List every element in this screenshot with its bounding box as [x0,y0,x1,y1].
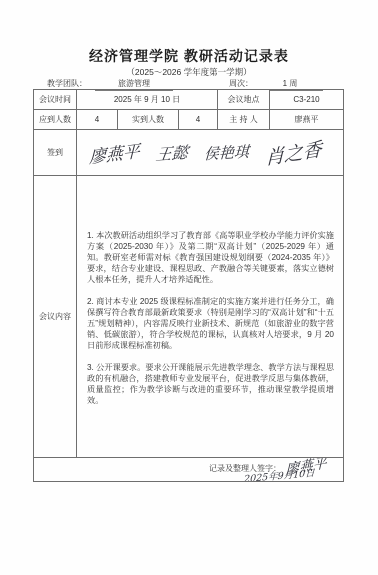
signature-4: 肖之香 [265,134,322,170]
table-row: 签到 廖燕平 王懿 侯艳琪 肖之香 [34,130,344,176]
page-subtitle: （2025～2026 学年度第一学期） [0,66,378,78]
record-table: 会议时间 2025 年 9 月 10 日 会议地点 C3-210 应到人数 4 … [33,89,344,482]
content-paragraph-3: 3. 公开课要求。要求公开课能展示先进教学理念、教学方法与课程思政的有机融合，搭… [87,362,334,406]
content-label: 会议内容 [34,176,77,458]
document-page: 经济管理学院 教研活动记录表 （2025～2026 学年度第一学期） 教学团队：… [0,0,378,575]
location-value: C3-210 [270,90,344,110]
signature-3: 侯艳琪 [203,141,249,164]
content-paragraph-2: 2. 商讨本专业 2025 级课程标准制定的实施方案并进行任务分工，确保撰写符合… [87,296,334,351]
recorder-row: 记录及整理人签字： 廖燕平 2025年9月10日 [34,458,344,482]
week-label: 周次： [229,78,253,89]
team-label: 教学团队： [47,78,87,89]
signature-1: 廖燕平 [89,137,140,168]
table-row: 应到人数 4 实到人数 4 主 持 人 廖燕平 [34,110,344,130]
signature-group: 廖燕平 王懿 侯艳琪 肖之香 [77,139,343,166]
content-paragraph-1: 1. 本次教研活动组织学习了教育部《高等职业学校办学能力评价实施方案（2025-… [87,230,334,285]
location-label: 会议地点 [218,90,270,110]
table-row: 记录及整理人签字： 廖燕平 2025年9月10日 [34,458,344,482]
meeting-time-value: 2025 年 9 月 10 日 [77,90,218,110]
meeting-content: 1. 本次教研活动组织学习了教育部《高等职业学校办学能力评价实施方案（2025-… [77,176,344,458]
table-row: 会议内容 1. 本次教研活动组织学习了教育部《高等职业学校办学能力评价实施方案（… [34,176,344,458]
meeting-content-text: 1. 本次教研活动组织学习了教育部《高等职业学校办学能力评价实施方案（2025-… [77,216,343,406]
actual-count-label: 实到人数 [118,110,179,130]
expected-count-value: 4 [77,110,118,130]
signin-label: 签到 [34,130,77,176]
meeting-time-label: 会议时间 [34,90,77,110]
host-label: 主 持 人 [218,110,270,130]
host-value: 廖燕平 [270,110,344,130]
page-title: 经济管理学院 教研活动记录表 [0,46,378,66]
actual-count-value: 4 [179,110,218,130]
signin-signatures: 廖燕平 王懿 侯艳琪 肖之香 [77,130,344,176]
signature-2: 王懿 [154,140,189,166]
expected-count-label: 应到人数 [34,110,77,130]
table-row: 会议时间 2025 年 9 月 10 日 会议地点 C3-210 [34,90,344,110]
